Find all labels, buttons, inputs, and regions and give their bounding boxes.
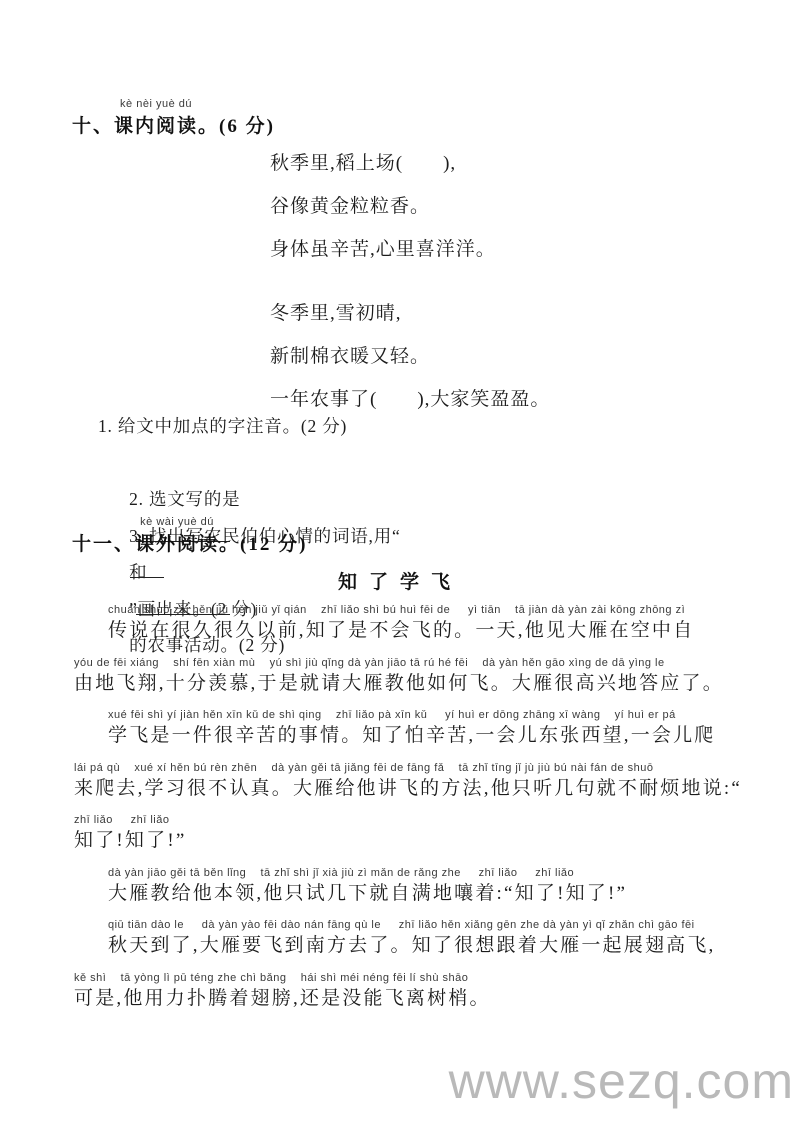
passage-block: chuán shuō zài hěn jiǔ hěn jiǔ yǐ qián z… <box>74 603 742 1023</box>
section-11-number: 十一、 <box>72 529 135 556</box>
passage-pinyin: lái pá qù xué xí hěn bú rèn zhēn dà yàn … <box>74 761 742 775</box>
passage-pinyin: kě shì tā yòng lì pū téng zhe chì bǎng h… <box>74 971 742 985</box>
question-2-pre: 2. 选文写的是 <box>129 489 240 509</box>
passage-title: 知了学飞 <box>0 567 800 594</box>
passage-text: 传说在很久很久以前,知了是不会飞的。一天,他见大雁在空中自 <box>74 617 742 644</box>
question-1: 1. 给文中加点的字注音。(2 分) <box>98 408 401 445</box>
passage-line: xué fēi shì yí jiàn hěn xīn kǔ de shì qi… <box>74 708 742 749</box>
question-2: 2. 选文写的是 和 的农事活动。(2 分) <box>98 445 401 482</box>
questions-block: 1. 给文中加点的字注音。(2 分) 2. 选文写的是 和 的农事活动。(2 分… <box>98 408 401 518</box>
passage-text: 知了!知了!” <box>74 827 742 854</box>
poem-line: 冬季里,雪初晴, <box>270 292 550 335</box>
poem-block: 秋季里,稻上场( ), 谷像黄金粒粒香。 身体虽辛苦,心里喜洋洋。 冬季里,雪初… <box>270 142 550 421</box>
passage-line: qiū tiān dào le dà yàn yào fēi dào nán f… <box>74 918 742 959</box>
passage-line: kě shì tā yòng lì pū téng zhe chì bǎng h… <box>74 971 742 1012</box>
section-11-header: 十一、 kè wài yuè dú 课外阅读 。(12 分) <box>72 515 307 556</box>
section-11-points: 。(12 分) <box>219 529 307 556</box>
passage-line: chuán shuō zài hěn jiǔ hěn jiǔ yǐ qián z… <box>74 603 742 644</box>
passage-text: 大雁教给他本领,他只试几下就自满地嚷着:“知了!知了!” <box>74 880 742 907</box>
passage-text: 可是,他用力扑腾着翅膀,还是没能飞离树梢。 <box>74 985 742 1012</box>
passage-pinyin: qiū tiān dào le dà yàn yào fēi dào nán f… <box>74 918 742 932</box>
section-10-title-ruby: kè nèi yuè dú 课内阅读 <box>114 97 198 138</box>
passage-pinyin: yóu de fēi xiáng shí fēn xiàn mù yú shì … <box>74 656 742 670</box>
passage-text: 学飞是一件很辛苦的事情。知了怕辛苦,一会儿东张西望,一会儿爬 <box>74 722 742 749</box>
passage-line: zhī liǎo zhī liǎo 知了!知了!” <box>74 813 742 854</box>
section-10-header: 十、 kè nèi yuè dú 课内阅读 。(6 分) <box>72 97 275 138</box>
passage-line: lái pá qù xué xí hěn bú rèn zhēn dà yàn … <box>74 761 742 802</box>
poem-line: 谷像黄金粒粒香。 <box>270 185 550 228</box>
section-11-title: 课外阅读 <box>135 529 219 556</box>
worksheet-page: 十、 kè nèi yuè dú 课内阅读 。(6 分) 秋季里,稻上场( ),… <box>0 0 800 1131</box>
passage-text: 由地飞翔,十分羡慕,于是就请大雁教他如何飞。大雁很高兴地答应了。 <box>74 670 742 697</box>
site-watermark: www.sezq.com <box>449 1052 794 1110</box>
passage-text: 来爬去,学习很不认真。大雁给他讲飞的方法,他只听几句就不耐烦地说:“ <box>74 775 742 802</box>
passage-line: yóu de fēi xiáng shí fēn xiàn mù yú shì … <box>74 656 742 697</box>
passage-line: dà yàn jiāo gěi tā běn lǐng tā zhǐ shì j… <box>74 866 742 907</box>
section-10-title: 课内阅读 <box>114 111 198 138</box>
section-10-title-pinyin: kè nèi yuè dú <box>120 97 192 111</box>
passage-pinyin: xué fēi shì yí jiàn hěn xīn kǔ de shì qi… <box>74 708 742 722</box>
passage-pinyin: chuán shuō zài hěn jiǔ hěn jiǔ yǐ qián z… <box>74 603 742 617</box>
section-10-points: 。(6 分) <box>198 111 275 138</box>
section-11-title-pinyin: kè wài yuè dú <box>140 515 214 529</box>
poem-line: 秋季里,稻上场( ), <box>270 142 550 185</box>
poem-line: 新制棉衣暖又轻。 <box>270 335 550 378</box>
section-10-number: 十、 <box>72 111 114 138</box>
section-11-title-ruby: kè wài yuè dú 课外阅读 <box>135 515 219 556</box>
passage-pinyin: zhī liǎo zhī liǎo <box>74 813 742 827</box>
poem-line: 身体虽辛苦,心里喜洋洋。 <box>270 228 550 271</box>
passage-pinyin: dà yàn jiāo gěi tā běn lǐng tā zhǐ shì j… <box>74 866 742 880</box>
passage-text: 秋天到了,大雁要飞到南方去了。知了很想跟着大雁一起展翅高飞, <box>74 932 742 959</box>
